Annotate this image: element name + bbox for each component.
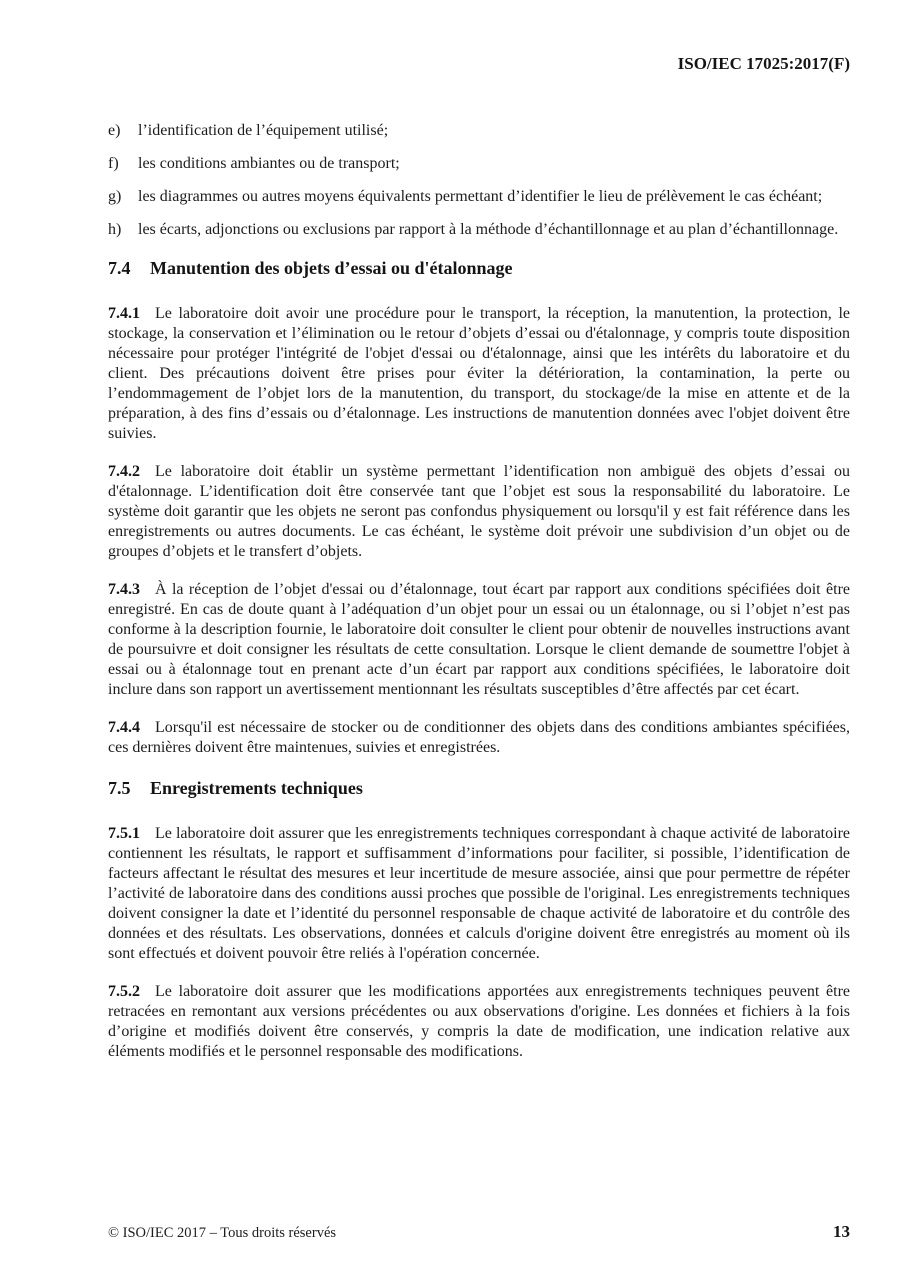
list-item-label: f) (108, 154, 138, 174)
section-heading-7-5: 7.5Enregistrements techniques (108, 776, 850, 800)
section-number: 7.5 (108, 776, 150, 800)
clause-text: Le laboratoire doit établir un système p… (108, 463, 850, 560)
list-item: f) les conditions ambiantes ou de transp… (108, 154, 850, 174)
list-item-label: e) (108, 121, 138, 141)
section-title: Manutention des objets d’essai ou d'étal… (150, 258, 513, 278)
page-footer: © ISO/IEC 2017 – Tous droits réservés 13 (108, 1222, 850, 1242)
list-item-label: g) (108, 187, 138, 207)
list-item: e) l’identification de l’équipement util… (108, 121, 850, 141)
document-page: ISO/IEC 17025:2017(F) e) l’identificatio… (0, 0, 906, 1280)
list-item-text: les diagrammes ou autres moyens équivale… (138, 187, 850, 207)
list-item-text: les écarts, adjonctions ou exclusions pa… (138, 220, 850, 240)
clause-number: 7.4.1 (108, 305, 140, 322)
page-content: ISO/IEC 17025:2017(F) e) l’identificatio… (108, 53, 850, 1080)
list-item: h) les écarts, adjonctions ou exclusions… (108, 220, 850, 240)
enumerated-list: e) l’identification de l’équipement util… (108, 121, 850, 240)
clause-number: 7.4.3 (108, 581, 140, 598)
clause-paragraph-7-4-3: 7.4.3À la réception de l’objet d'essai o… (108, 580, 850, 700)
clause-paragraph-7-4-4: 7.4.4Lorsqu'il est nécessaire de stocker… (108, 718, 850, 758)
section-heading-7-4: 7.4Manutention des objets d’essai ou d'é… (108, 256, 850, 280)
clause-paragraph-7-4-1: 7.4.1Le laboratoire doit avoir une procé… (108, 304, 850, 444)
clause-number: 7.4.2 (108, 463, 140, 480)
page-header: ISO/IEC 17025:2017(F) (108, 53, 850, 75)
copyright-notice: © ISO/IEC 2017 – Tous droits réservés (108, 1225, 336, 1242)
clause-text: Le laboratoire doit assurer que les enre… (108, 825, 850, 962)
clause-text: À la réception de l’objet d'essai ou d’é… (108, 581, 850, 698)
list-item-text: les conditions ambiantes ou de transport… (138, 154, 850, 174)
list-item-label: h) (108, 220, 138, 240)
clause-text: Le laboratoire doit avoir une procédure … (108, 305, 850, 442)
list-item: g) les diagrammes ou autres moyens équiv… (108, 187, 850, 207)
clause-number: 7.4.4 (108, 719, 140, 736)
clause-paragraph-7-4-2: 7.4.2Le laboratoire doit établir un syst… (108, 462, 850, 562)
clause-paragraph-7-5-2: 7.5.2Le laboratoire doit assurer que les… (108, 982, 850, 1062)
clause-paragraph-7-5-1: 7.5.1Le laboratoire doit assurer que les… (108, 824, 850, 964)
section-title: Enregistrements techniques (150, 778, 363, 798)
section-number: 7.4 (108, 256, 150, 280)
clause-text: Le laboratoire doit assurer que les modi… (108, 983, 850, 1060)
document-reference: ISO/IEC 17025:2017(F) (678, 54, 850, 73)
clause-text: Lorsqu'il est nécessaire de stocker ou d… (108, 719, 850, 756)
clause-number: 7.5.2 (108, 983, 140, 1000)
page-number: 13 (833, 1222, 850, 1242)
list-item-text: l’identification de l’équipement utilisé… (138, 121, 850, 141)
clause-number: 7.5.1 (108, 825, 140, 842)
